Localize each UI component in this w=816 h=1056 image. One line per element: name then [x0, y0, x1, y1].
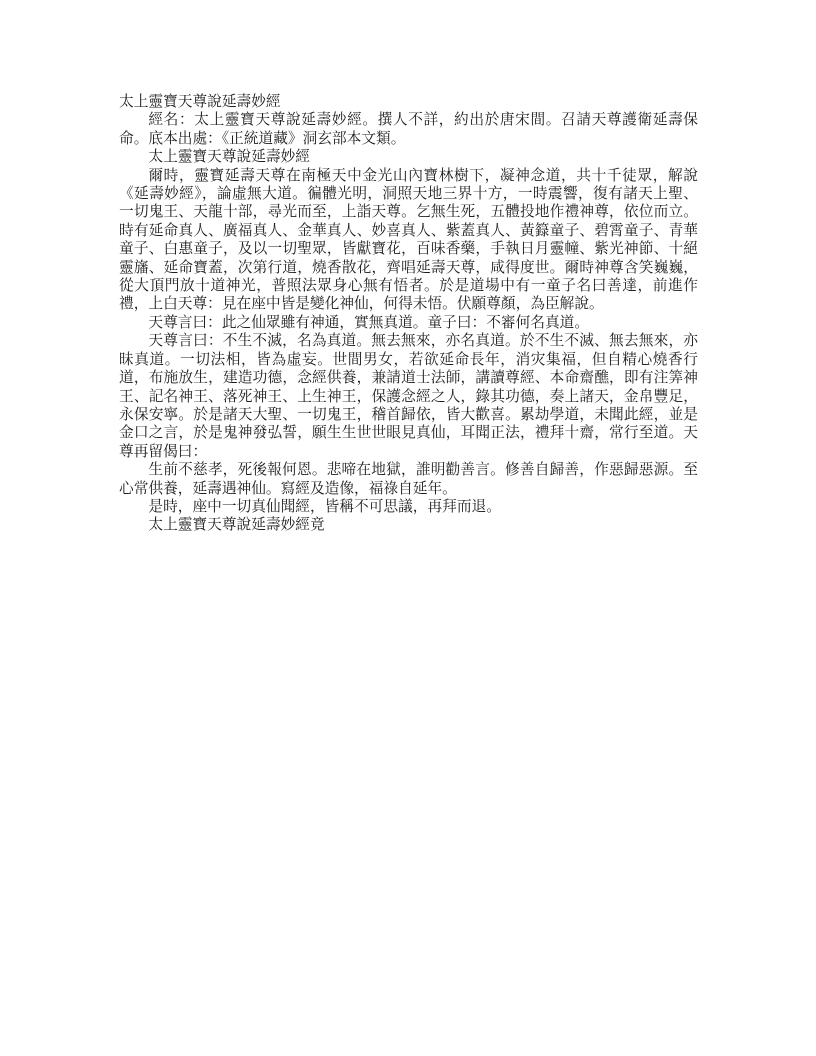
paragraph-gatha-verse: 生前不慈孝，死後報何恩。悲啼在地獄，誰明勸善言。修善自歸善，作惡歸惡源。至心常供…	[119, 461, 698, 498]
scripture-title-line: 太上靈寶天尊說延壽妙經	[119, 148, 698, 166]
document-title-line: 太上靈寶天尊說延壽妙經	[119, 93, 698, 111]
colophon-paragraph: 經名：太上靈寶天尊說延壽妙經。撰人不詳，約出於唐宋間。召請天尊護衛延壽保命。底本…	[119, 111, 698, 148]
paragraph-closing-narrative: 是時，座中一切真仙聞經，皆稱不可思議，再拜而退。	[119, 498, 698, 516]
paragraph-dialogue-1: 天尊言曰：此之仙眾雖有神通，實無真道。童子曰：不審何名真道。	[119, 314, 698, 332]
document-page: 太上靈寶天尊說延壽妙經 經名：太上靈寶天尊說延壽妙經。撰人不詳，約出於唐宋間。召…	[0, 0, 816, 1056]
paragraph-dialogue-2: 天尊言曰：不生不滅，名為真道。無去無來，亦名真道。於不生不滅、無去無來，亦昧真道…	[119, 332, 698, 461]
paragraph-opening-narrative: 爾時，靈寶延壽天尊在南極天中金光山內寶林樹下，凝神念道，共十千徒眾，解說《延壽妙…	[119, 167, 698, 314]
scripture-text-block: 太上靈寶天尊說延壽妙經 經名：太上靈寶天尊說延壽妙經。撰人不詳，約出於唐宋間。召…	[119, 93, 698, 535]
document-end-line: 太上靈寶天尊說延壽妙經竟	[119, 516, 698, 534]
